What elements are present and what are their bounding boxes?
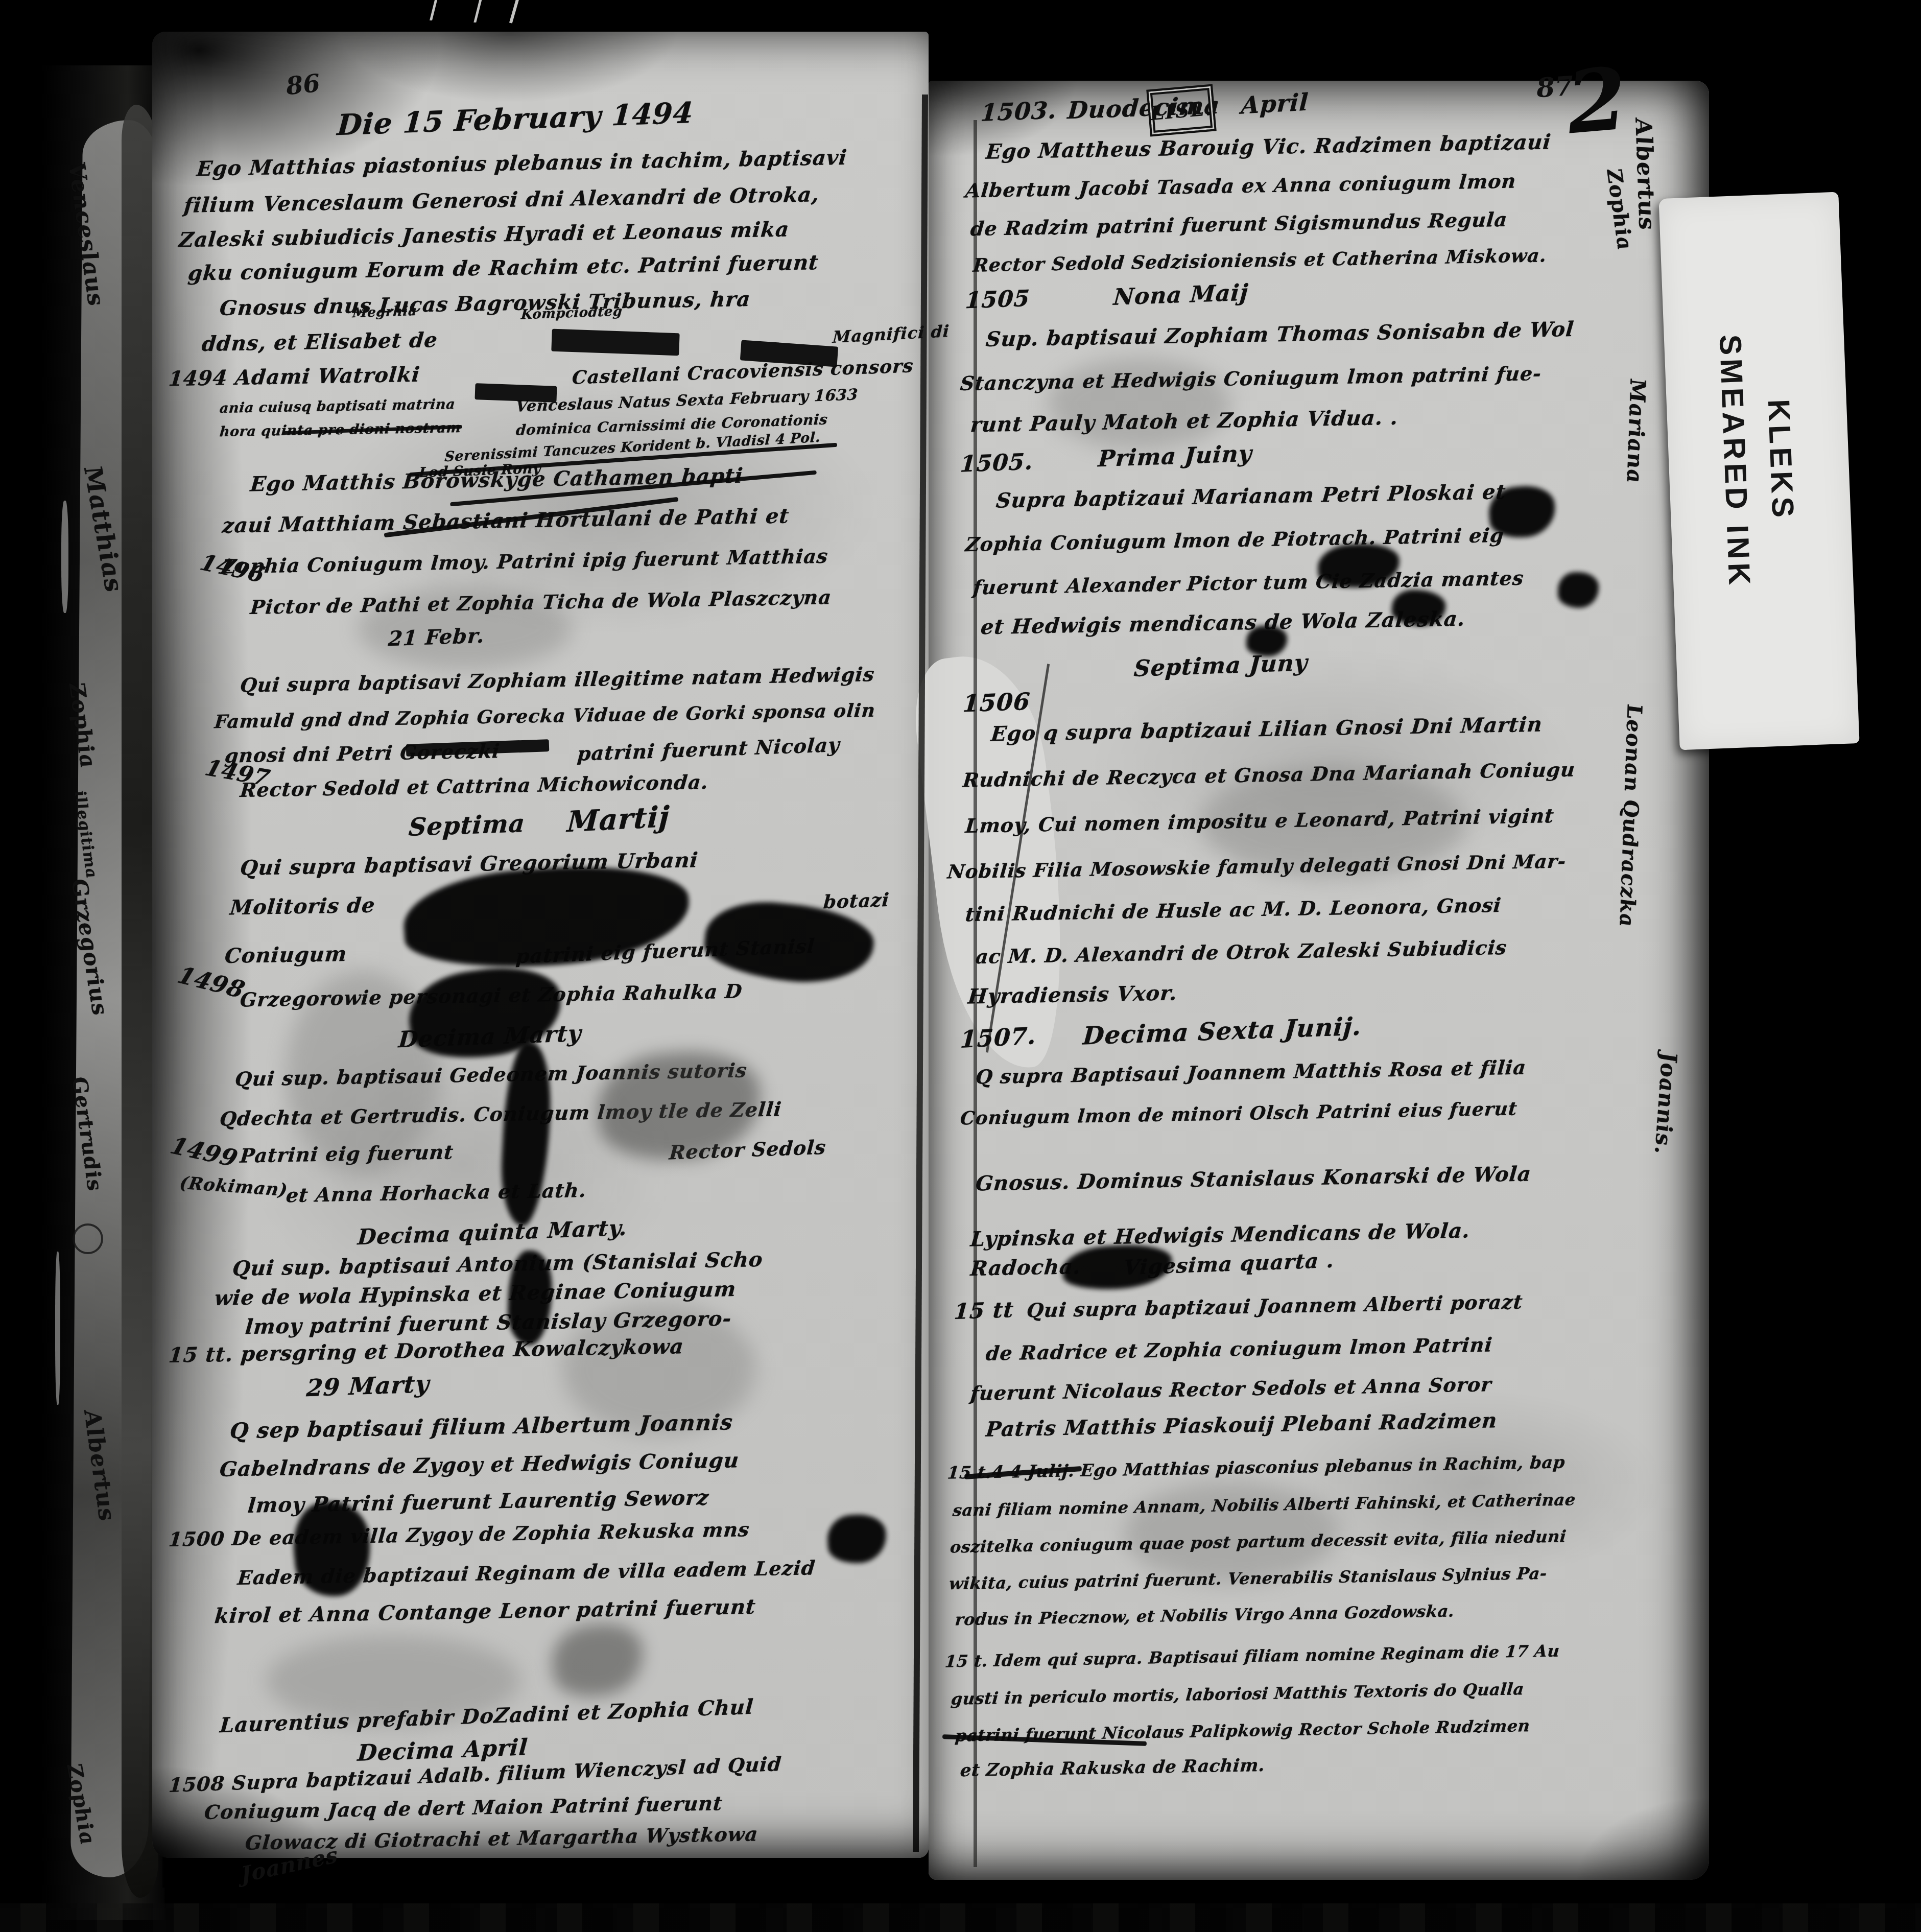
manuscript-line: ddns, et Elisabet de bbox=[201, 330, 438, 355]
manuscript-line: 15 tt bbox=[954, 1299, 1015, 1323]
manuscript-line: 1507. bbox=[960, 1024, 1037, 1051]
manuscript-line: ania cuiusq baptisati matrina bbox=[219, 397, 456, 415]
manuscript-line: 29 Marty bbox=[305, 1372, 430, 1400]
margin-note: Albertus bbox=[1631, 116, 1657, 231]
manuscript-line: Patrini eig fuerunt bbox=[239, 1142, 454, 1165]
manuscript-line: botazi bbox=[823, 891, 890, 912]
film-frame-mark bbox=[450, 0, 483, 22]
manuscript-line: 1506 bbox=[962, 690, 1031, 716]
margin-note: Joannis. bbox=[1651, 1052, 1680, 1154]
manuscript-line: Nona Maij bbox=[1113, 281, 1249, 309]
manuscript-line: Kompciodteg bbox=[520, 304, 623, 321]
manuscript-line: Septima bbox=[408, 811, 526, 840]
scan-noise-strip bbox=[0, 1903, 1921, 1932]
library-stamp: LISL. bbox=[1146, 84, 1217, 137]
manuscript-line: Septima Juny bbox=[1133, 652, 1309, 680]
manuscript-line: Hyradiensis Vxor. bbox=[967, 983, 1178, 1007]
manuscript-line: 1505 bbox=[964, 288, 1030, 313]
margin-note: Mariana bbox=[1623, 378, 1648, 484]
archive-label: KLEKS SMEARED INK bbox=[1658, 192, 1859, 750]
manuscript-line: 1505. bbox=[960, 451, 1034, 476]
ink-strike-mark bbox=[475, 383, 557, 403]
manuscript-line: et Zophia Rakuska de Rachim. bbox=[960, 1757, 1266, 1779]
manuscript-line: Decima April bbox=[357, 1736, 529, 1765]
manuscript-line: Megrhia bbox=[352, 304, 417, 320]
corner-foliation-number: 2 bbox=[1563, 48, 1631, 153]
manuscript-line: Coniugum bbox=[224, 944, 348, 967]
manuscript-line: 1503. bbox=[980, 98, 1057, 124]
manuscript-line: April bbox=[1241, 90, 1309, 117]
margin-circle-mark bbox=[73, 1223, 103, 1254]
ink-strike-mark bbox=[551, 329, 679, 356]
manuscript-line: 21 Febr. bbox=[388, 626, 485, 650]
film-frame-mark bbox=[509, 0, 519, 23]
film-frame-mark bbox=[403, 0, 438, 20]
page-number-left: 86 bbox=[284, 69, 321, 101]
stamp-text: LISL. bbox=[1149, 96, 1213, 124]
archival-book-scan: Die 15 February 1494Ego Matthias piaston… bbox=[0, 0, 1921, 1932]
archive-label-text: KLEKS SMEARED INK bbox=[1703, 224, 1813, 697]
spine-highlight bbox=[61, 501, 68, 613]
manuscript-line: 1494 Adami Watrolki bbox=[168, 365, 421, 390]
manuscript-line: Molitoris de bbox=[229, 895, 376, 918]
manuscript-line: Martij bbox=[566, 803, 671, 837]
spine-highlight bbox=[55, 1252, 60, 1405]
manuscript-line: Prima Juiny bbox=[1098, 443, 1253, 471]
